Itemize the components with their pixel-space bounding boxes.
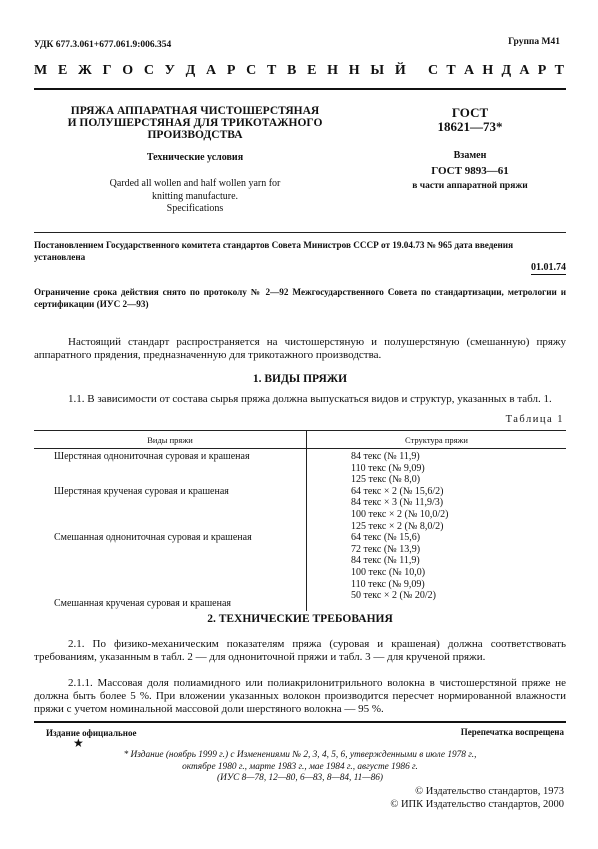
- footer-rule: [34, 721, 566, 723]
- english-title-line: Qarded all wollen and half wollen yarn f…: [50, 178, 340, 191]
- copyright-block: © Издательство стандартов, 1973 © ИПК Из…: [390, 785, 564, 811]
- table-header: Виды пряжи Структура пряжи: [34, 430, 566, 449]
- section-2-heading: 2. ТЕХНИЧЕСКИЕ ТРЕБОВАНИЯ: [34, 613, 566, 625]
- yarn-structure: 110 текс (№ 9,09): [351, 579, 566, 591]
- yarn-kind: Смешанная однониточная суровая и крашена…: [54, 532, 252, 543]
- group-code: Группа М41: [508, 37, 560, 47]
- star-icon: ★: [73, 736, 84, 751]
- gost-label: ГОСТ: [400, 106, 540, 120]
- table-1-label: Таблица 1: [506, 414, 564, 425]
- yarn-kind: Шерстяная крученая суровая и крашеная: [54, 486, 229, 497]
- yarn-structure: 84 текс (№ 11,9): [351, 555, 566, 567]
- banner-word-standard: С Т А Н Д А Р Т: [428, 63, 564, 79]
- reprint-prohibited-label: Перепечатка воспрещена: [461, 727, 564, 737]
- paragraph-2-1: 2.1. По физико-механическим показателям …: [34, 638, 566, 664]
- document-subtitle: Технические условия: [50, 152, 340, 163]
- banner-letter: Т: [267, 63, 276, 79]
- banner-letter: Н: [482, 63, 493, 79]
- banner-letter: Й: [395, 63, 406, 79]
- table-1: Виды пряжи Структура пряжи Шерстяная одн…: [34, 430, 566, 611]
- edition-note-line: октябре 1980 г., марте 1983 г., мае 1984…: [90, 762, 510, 774]
- yarn-kinds-column: Шерстяная однониточная суровая и крашена…: [34, 449, 307, 611]
- yarn-structure: 125 текс (№ 8,0): [351, 474, 566, 486]
- banner-letter: А: [206, 63, 216, 79]
- english-title-line: knitting manufacture.: [50, 191, 340, 204]
- banner-letter: С: [246, 63, 256, 79]
- header-yarn-kind: Виды пряжи: [34, 431, 307, 448]
- copyright-line: © ИПК Издательство стандартов, 2000: [390, 798, 564, 811]
- yarn-structure: 72 текс (№ 13,9): [351, 544, 566, 556]
- banner-letter: Н: [349, 63, 360, 79]
- header-rule: [34, 88, 566, 90]
- banner-letter: Г: [103, 63, 112, 79]
- edition-note-line: * Издание (ноябрь 1999 г.) с Изменениями…: [90, 750, 510, 762]
- replaces-label: Взамен: [390, 150, 550, 161]
- introduction-date: 01.01.74: [531, 262, 566, 275]
- yarn-kind: Смешанная крученая суровая и крашеная: [54, 598, 231, 609]
- banner-letter: Е: [58, 63, 67, 79]
- banner-letter: Д: [501, 63, 511, 79]
- edition-note-line: (ИУС 8—78, 12—80, 6—83, 8—84, 11—86): [90, 773, 510, 785]
- edition-note: * Издание (ноябрь 1999 г.) с Изменениями…: [90, 750, 510, 785]
- english-title: Qarded all wollen and half wollen yarn f…: [50, 178, 340, 216]
- banner-letter: Т: [446, 63, 455, 79]
- yarn-structure: 64 текс (№ 15,6): [351, 532, 566, 544]
- validity-limit-text: Ограничение срока действия снято по прот…: [34, 287, 566, 310]
- title-rule: [34, 232, 566, 233]
- yarn-structures-column: 84 текс (№ 11,9) 110 текс (№ 9,09) 125 т…: [307, 449, 566, 611]
- banner-letter: С: [144, 63, 154, 79]
- document-title: ПРЯЖА АППАРАТНАЯ ЧИСТОШЕРСТЯНАЯ И ПОЛУШЕ…: [50, 105, 340, 141]
- paragraph-1-1: 1.1. В зависимости от состава сырья пряж…: [34, 393, 566, 406]
- banner-letter: А: [464, 63, 474, 79]
- yarn-structure: 110 текс (№ 9,09): [351, 463, 566, 475]
- table-body: Шерстяная однониточная суровая и крашена…: [34, 449, 566, 611]
- banner-letter: Е: [307, 63, 316, 79]
- banner-letter: Ж: [78, 63, 92, 79]
- banner-letter: Р: [538, 63, 547, 79]
- banner-letter: М: [34, 63, 47, 79]
- banner-letter: Ы: [370, 63, 384, 79]
- banner-letter: А: [519, 63, 529, 79]
- title-line: И ПОЛУШЕРСТЯНАЯ ДЛЯ ТРИКОТАЖНОГО: [50, 117, 340, 129]
- title-line: ПРОИЗВОДСТВА: [50, 129, 340, 141]
- section-1-heading: 1. ВИДЫ ПРЯЖИ: [34, 373, 566, 385]
- yarn-structure: 50 текс × 2 (№ 20/2): [351, 590, 566, 602]
- intro-paragraph: Настоящий стандарт распространяется на ч…: [34, 336, 566, 362]
- banner-letter: Р: [227, 63, 236, 79]
- replaces-gost-number: ГОСТ 9893—61: [390, 165, 550, 177]
- banner-letter: Н: [327, 63, 338, 79]
- header-yarn-structure: Структура пряжи: [307, 435, 566, 445]
- gost-designation: ГОСТ 18621—73*: [400, 106, 540, 134]
- official-edition-label: Издание официальное: [46, 728, 136, 738]
- title-line: ПРЯЖА АППАРАТНАЯ ЧИСТОШЕРСТЯНАЯ: [50, 105, 340, 117]
- yarn-structure: 84 текс × 3 (№ 11,9/3): [351, 497, 566, 509]
- yarn-structure: 84 текс (№ 11,9): [351, 451, 566, 463]
- replaces-scope: в части аппаратной пряжи: [390, 181, 550, 191]
- interstate-standard-banner: М Е Ж Г О С У Д А Р С Т В Е Н Н Ы Й С Т …: [34, 63, 564, 79]
- yarn-structure: 100 текс × 2 (№ 10,0/2): [351, 509, 566, 521]
- banner-letter: Д: [186, 63, 196, 79]
- yarn-kind: Шерстяная однониточная суровая и крашена…: [54, 451, 250, 462]
- banner-letter: О: [122, 63, 133, 79]
- english-title-line: Specifications: [50, 203, 340, 216]
- gost-number: 18621—73*: [400, 120, 540, 134]
- replaces-block: Взамен ГОСТ 9893—61 в части аппаратной п…: [390, 150, 550, 191]
- paragraph-2-1-1: 2.1.1. Массовая доля полиамидного или по…: [34, 677, 566, 716]
- yarn-structure: 100 текс (№ 10,0): [351, 567, 566, 579]
- banner-letter: В: [287, 63, 296, 79]
- udk-code: УДК 677.3.061+677.061.9:006.354: [34, 40, 171, 50]
- yarn-structure: 64 текс × 2 (№ 15,6/2): [351, 486, 566, 498]
- banner-letter: У: [165, 63, 175, 79]
- banner-word-interstate: М Е Ж Г О С У Д А Р С Т В Е Н Н Ы Й: [34, 63, 406, 79]
- copyright-line: © Издательство стандартов, 1973: [390, 785, 564, 798]
- banner-letter: Т: [555, 63, 564, 79]
- yarn-structure: 125 текс × 2 (№ 8,0/2): [351, 521, 566, 533]
- banner-letter: С: [428, 63, 438, 79]
- decree-text: Постановлением Государственного комитета…: [34, 240, 566, 263]
